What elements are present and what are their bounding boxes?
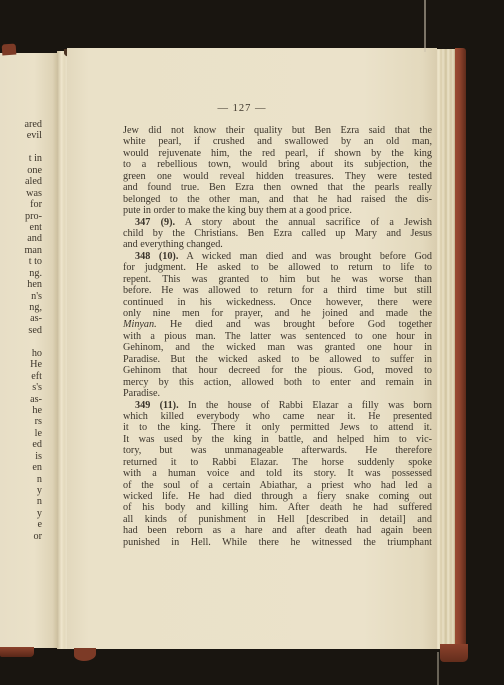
text-line: for judgment. He asked to be allowed to … xyxy=(123,262,432,273)
text-line: to a rebellious town, would bring about … xyxy=(123,159,432,170)
text-line: Jew did not know their quality but Ben E… xyxy=(123,125,432,136)
text-segment: pute in order to make the king buy them … xyxy=(123,205,352,216)
book-gutter xyxy=(57,51,67,649)
text-segment: belonged to the other man, and that he h… xyxy=(123,194,432,205)
text-line: and found true. Ben Ezra then owned that… xyxy=(123,182,432,193)
text-segment: of his body and killing him. After death… xyxy=(123,502,432,513)
text-segment: for judgment. He asked to be allowed to … xyxy=(123,262,432,273)
page-text-block: Jew did not know their quality but Ben E… xyxy=(123,125,432,548)
left-page-line: as- xyxy=(0,313,42,324)
text-segment: with a human voice and told its story. I… xyxy=(123,468,432,479)
left-page-line xyxy=(0,142,42,153)
left-page-line: s's xyxy=(0,382,42,393)
text-line: Minyan. He died and was brought before G… xyxy=(123,319,432,330)
text-segment: Gehinom that hour decreed for the pious.… xyxy=(123,365,432,376)
text-segment: It was used by the king in battle, and h… xyxy=(123,434,432,445)
book-cover-bottom-spot xyxy=(74,648,96,661)
text-line: and everything changed. xyxy=(123,239,432,250)
left-page-line: he xyxy=(0,405,42,416)
left-page-line: n's xyxy=(0,291,42,302)
text-segment: and everything changed. xyxy=(123,239,223,250)
text-line: Gehinom, and the wicked man was granted … xyxy=(123,342,432,353)
book-photo: { "photo": { "background_color": "#19151… xyxy=(0,0,504,685)
book-cover-top-left-corner xyxy=(2,44,17,56)
left-page-line: is xyxy=(0,451,42,462)
left-page-line: y xyxy=(0,508,42,519)
left-page-line: ng, xyxy=(0,302,42,313)
left-page-line: n xyxy=(0,474,42,485)
text-line: 348 (10). A wicked man died and was brou… xyxy=(123,251,432,262)
left-page-line: rs xyxy=(0,416,42,427)
left-page-line: evil xyxy=(0,130,42,141)
text-line: repent. This was granted to him but he w… xyxy=(123,274,432,285)
text-segment: returned it to Rabbi Elazar. The horse s… xyxy=(123,457,432,468)
left-page-line: ng. xyxy=(0,268,42,279)
text-segment: all kinds of punishment in Hell [describ… xyxy=(123,514,432,525)
text-segment: tory, but was unmanageable afterwards. H… xyxy=(123,445,432,456)
text-segment: In the house of Rabbi Elazar a filly was… xyxy=(179,400,432,411)
text-line: of his body and killing him. After death… xyxy=(123,502,432,513)
text-line: returned it to Rabbi Elazar. The horse s… xyxy=(123,457,432,468)
left-page-line: for xyxy=(0,199,42,210)
left-page-line: aled xyxy=(0,176,42,187)
text-segment: A story about the annual sacrifice of a … xyxy=(175,217,432,228)
text-segment: child by the Christians. Ben Ezra called… xyxy=(123,228,432,239)
text-line: would rejuvenate him, the red pearl, if … xyxy=(123,148,432,159)
text-segment: which killed everybody who came near it.… xyxy=(123,411,432,422)
text-line: pute in order to make the king buy them … xyxy=(123,205,432,216)
text-segment: to a rebellious town, would bring about … xyxy=(123,159,432,170)
left-page-line: le xyxy=(0,428,42,439)
text-line: green one would reveal hidden treasures.… xyxy=(123,171,432,182)
text-line: with a human voice and told its story. I… xyxy=(123,468,432,479)
text-line: It was used by the king in battle, and h… xyxy=(123,434,432,445)
left-page-line: eft xyxy=(0,371,42,382)
left-page-line: y xyxy=(0,485,42,496)
text-line: of the soul of a certain Abiathar, a pri… xyxy=(123,480,432,491)
left-page-line: one xyxy=(0,165,42,176)
left-page-line: as- xyxy=(0,394,42,405)
left-page-text-fragments: aredevil t inonealedwasforpro-entandmant… xyxy=(0,119,42,542)
text-line: Gehinom that hour decreed for the pious.… xyxy=(123,365,432,376)
text-line: mercy by this action, allowed both to en… xyxy=(123,377,432,388)
text-line: belonged to the other man, and that he h… xyxy=(123,194,432,205)
text-line: which killed everybody who came near it.… xyxy=(123,411,432,422)
text-line: 347 (9). A story about the annual sacrif… xyxy=(123,217,432,228)
left-page-line: sed xyxy=(0,325,42,336)
left-page-line: ent xyxy=(0,222,42,233)
text-line: 349 (11). In the house of Rabbi Elazar a… xyxy=(123,400,432,411)
text-line: had been reborn as a hare and after deat… xyxy=(123,525,432,536)
text-line: punished in Hell. While there he witness… xyxy=(123,537,432,548)
text-segment: punished in Hell. While there he witness… xyxy=(123,537,432,548)
italic-term: Minyan. xyxy=(123,319,157,330)
text-segment: white pearl, if crushed and swallowed by… xyxy=(123,136,432,147)
text-line: Paradise. But the wicked asked to be all… xyxy=(123,354,432,365)
left-page-line: or xyxy=(0,531,42,542)
text-line: continued in his wickedness. Once howeve… xyxy=(123,297,432,308)
left-page-line: He xyxy=(0,359,42,370)
text-line: child by the Christians. Ben Ezra called… xyxy=(123,228,432,239)
left-page-line: man xyxy=(0,245,42,256)
thread-top xyxy=(424,0,426,52)
text-segment: Jew did not know their quality but Ben E… xyxy=(123,125,432,136)
left-page-line: pro- xyxy=(0,211,42,222)
text-line: wicked life. He had died through a fiery… xyxy=(123,491,432,502)
text-segment: mercy by this action, allowed both to en… xyxy=(123,377,432,388)
left-page-line: n xyxy=(0,496,42,507)
left-page-line: and xyxy=(0,233,42,244)
text-segment: it to the king. There it only permitted … xyxy=(123,422,432,433)
text-line: tory, but was unmanageable afterwards. H… xyxy=(123,445,432,456)
text-segment: He died and was brought before God toget… xyxy=(157,319,432,330)
text-segment: continued in his wickedness. Once howeve… xyxy=(123,297,432,308)
left-page-line: ared xyxy=(0,119,42,130)
left-page-line: en xyxy=(0,462,42,473)
left-page-line: ho xyxy=(0,348,42,359)
text-segment: before. He was allowed to return for a t… xyxy=(123,285,432,296)
text-segment: repent. This was granted to him but he w… xyxy=(123,274,432,285)
page-number: — 127 — xyxy=(177,103,307,114)
book-cover-bottom-right-corner xyxy=(440,644,468,662)
text-segment: of the soul of a certain Abiathar, a pri… xyxy=(123,480,432,491)
text-line: all kinds of punishment in Hell [describ… xyxy=(123,514,432,525)
text-line: Paradise. xyxy=(123,388,432,399)
text-segment: only nine men for prayer, and he joined … xyxy=(123,308,432,319)
text-segment: Paradise. But the wicked asked to be all… xyxy=(123,354,432,365)
text-segment: had been reborn as a hare and after deat… xyxy=(123,525,432,536)
text-segment: green one would reveal hidden treasures.… xyxy=(123,171,432,182)
book-cover-bottom-left-corner xyxy=(0,647,34,657)
text-segment: would rejuvenate him, the red pearl, if … xyxy=(123,148,432,159)
text-segment: Gehinom, and the wicked man was granted … xyxy=(123,342,432,353)
left-page-line xyxy=(0,336,42,347)
paragraph-number: 348 (10). xyxy=(135,251,178,262)
text-line: white pearl, if crushed and swallowed by… xyxy=(123,136,432,147)
left-page-line: ed xyxy=(0,439,42,450)
text-line: only nine men for prayer, and he joined … xyxy=(123,308,432,319)
text-line: before. He was allowed to return for a t… xyxy=(123,285,432,296)
text-line: with a pious man. The latter was sentenc… xyxy=(123,331,432,342)
left-page-line: e xyxy=(0,519,42,530)
left-page-line: was xyxy=(0,188,42,199)
book-cover-right-edge xyxy=(455,48,466,652)
text-segment: A wicked man died and was brought before… xyxy=(178,251,432,262)
left-page-line: t to xyxy=(0,256,42,267)
left-page-line: hen xyxy=(0,279,42,290)
paragraph-number: 347 (9). xyxy=(135,217,175,228)
text-segment: and found true. Ben Ezra then owned that… xyxy=(123,182,432,193)
text-segment: with a pious man. The latter was sentenc… xyxy=(123,331,432,342)
text-line: it to the king. There it only permitted … xyxy=(123,422,432,433)
thread-bottom xyxy=(437,652,439,685)
text-segment: wicked life. He had died through a fiery… xyxy=(123,491,432,502)
paragraph-number: 349 (11). xyxy=(135,400,179,411)
left-page-line: t in xyxy=(0,153,42,164)
page-fore-edge xyxy=(437,49,455,649)
text-segment: Paradise. xyxy=(123,388,160,399)
